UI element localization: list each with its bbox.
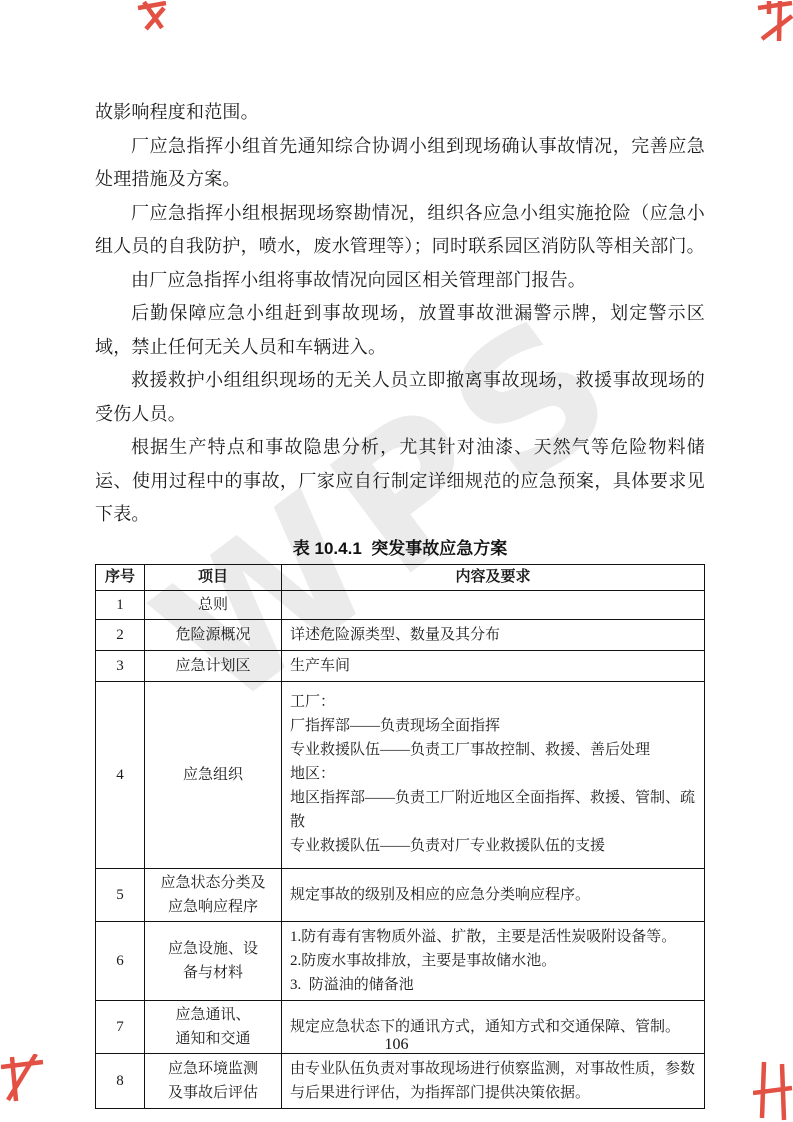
cell-item: 应急计划区 (145, 650, 282, 681)
cell-item: 应急设施、设 备与材料 (145, 921, 282, 1000)
col-header-item: 项目 (145, 564, 282, 590)
cell-content: 由专业队伍负责对事故现场进行侦察监测，对事故性质，参数与后果进行评估，为指挥部门… (282, 1053, 705, 1108)
paragraph-6: 救援救护小组组织现场的无关人员立即撤离事故现场，救援事故现场的受伤人员。 (95, 364, 705, 431)
table-title: 表 10.4.1 突发事故应急方案 (95, 535, 705, 562)
cell-no: 8 (96, 1053, 145, 1108)
col-header-content: 内容及要求 (282, 564, 705, 590)
table-row: 3 应急计划区 生产车间 (96, 650, 705, 681)
cell-content: 1.防有毒有害物质外溢、扩散，主要是活性炭吸附设备等。 2.防废水事故排放，主要… (282, 921, 705, 1000)
table-row: 6 应急设施、设 备与材料 1.防有毒有害物质外溢、扩散，主要是活性炭吸附设备等… (96, 921, 705, 1000)
cell-content: 生产车间 (282, 650, 705, 681)
cell-no: 2 (96, 619, 145, 650)
cell-no: 1 (96, 590, 145, 619)
red-seal-fragment-bottom-left-icon (1, 1054, 47, 1102)
cell-item: 应急状态分类及 应急响应程序 (145, 868, 282, 921)
red-seal-fragment-top-right-icon (750, 1, 793, 43)
table-row: 8 应急环境监测 及事故后评估 由专业队伍负责对事故现场进行侦察监测，对事故性质… (96, 1053, 705, 1108)
cell-item: 危险源概况 (145, 619, 282, 650)
table-row: 5 应急状态分类及 应急响应程序 规定事故的级别及相应的应急分类响应程序。 (96, 868, 705, 921)
cell-no: 6 (96, 921, 145, 1000)
paragraph-1: 故影响程度和范围。 (95, 96, 705, 130)
red-seal-fragment-top-left-icon (137, 1, 169, 31)
paragraph-4: 由厂应急指挥小组将事故情况向园区相关管理部门报告。 (95, 264, 705, 298)
cell-content: 详述危险源类型、数量及其分布 (282, 619, 705, 650)
table-row: 4 应急组织 工厂： 厂指挥部——负责现场全面指挥 专业救援队伍——负责工厂事故… (96, 681, 705, 868)
cell-no: 3 (96, 650, 145, 681)
red-seal-fragment-bottom-right-icon (753, 1062, 793, 1122)
cell-item: 应急环境监测 及事故后评估 (145, 1053, 282, 1108)
table-header-row: 序号 项目 内容及要求 (96, 564, 705, 590)
table-row: 2 危险源概况 详述危险源类型、数量及其分布 (96, 619, 705, 650)
cell-content: 规定事故的级别及相应的应急分类响应程序。 (282, 868, 705, 921)
document-page: WPS 故影响程度和范围。 厂应急指挥小组首先通知综合协调小组到现场确认事故情况… (0, 0, 793, 1122)
paragraph-5: 后勤保障应急小组赶到事故现场，放置事故泄漏警示牌，划定警示区域，禁止任何无关人员… (95, 297, 705, 364)
page-body: 故影响程度和范围。 厂应急指挥小组首先通知综合协调小组到现场确认事故情况，完善应… (95, 96, 705, 1109)
page-number: 106 (0, 1035, 793, 1055)
cell-item: 应急组织 (145, 681, 282, 868)
emergency-plan-table: 序号 项目 内容及要求 1 总则 2 危险源概况 详述危险源类型、数量及其分布 … (95, 564, 705, 1109)
paragraph-3: 厂应急指挥小组根据现场察勘情况，组织各应急小组实施抢险（应急小组人员的自我防护，… (95, 197, 705, 264)
paragraph-7: 根据生产特点和事故隐患分析，尤其针对油漆、天然气等危险物料储运、使用过程中的事故… (95, 431, 705, 532)
table-row: 1 总则 (96, 590, 705, 619)
cell-content: 工厂： 厂指挥部——负责现场全面指挥 专业救援队伍——负责工厂事故控制、救援、善… (282, 681, 705, 868)
cell-item: 总则 (145, 590, 282, 619)
col-header-no: 序号 (96, 564, 145, 590)
cell-content (282, 590, 705, 619)
cell-no: 4 (96, 681, 145, 868)
cell-no: 5 (96, 868, 145, 921)
paragraph-2: 厂应急指挥小组首先通知综合协调小组到现场确认事故情况，完善应急处理措施及方案。 (95, 130, 705, 197)
